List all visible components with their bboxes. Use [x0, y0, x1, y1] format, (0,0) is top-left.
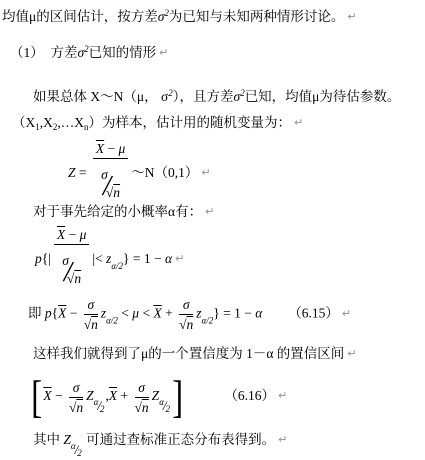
radical: √n [67, 271, 81, 286]
text-run: ～N（0,1） [131, 165, 198, 180]
diagonal-fraction: σ/√n [62, 246, 81, 294]
alpha-over-2-subscript: α/2 [94, 398, 105, 414]
text-run: − [66, 306, 80, 321]
paragraph-mark-icon: ↵ [201, 166, 210, 179]
alpha-over-2-subscript: α/2 [159, 398, 170, 414]
overbar-variable: X [96, 141, 104, 156]
math-variable: α [255, 306, 262, 321]
alpha-paragraph: 对于事先给定的小概率α有：↵ [33, 202, 214, 221]
fraction: σ√n [69, 379, 83, 416]
text-run: 已知，均值μ为待估参数。 [245, 89, 401, 104]
paragraph-mark-icon: ↵ [278, 389, 287, 402]
paragraph-mark-icon: ↵ [342, 307, 351, 320]
text-run: （X [12, 115, 35, 130]
paragraph-mark-icon: ↵ [175, 252, 184, 265]
radical: √n [106, 185, 120, 200]
text-run: − [104, 141, 118, 156]
setup-paragraph-line2: （X1,X2,…Xn）为样本，估计用的随机变量为：↵ [12, 113, 303, 137]
math-variable: α [165, 251, 172, 266]
paragraph-mark-icon: ↵ [347, 10, 356, 23]
math-variable: p [45, 306, 52, 321]
intro-paragraph: 均值μ的区间估计，按方差σ2为已知与未知两种情形讨论。↵ [2, 4, 357, 26]
math-variable: Z [63, 432, 71, 447]
math-variable: σ [87, 297, 94, 312]
overbar-variable: X [57, 227, 65, 242]
text-run: } = 1 − [123, 251, 165, 266]
text-run: ），且方差 [173, 89, 234, 104]
math-variable: p [35, 251, 42, 266]
text-run: − [52, 388, 66, 403]
math-variable: σ [73, 380, 80, 395]
paragraph-mark-icon: ↵ [159, 46, 168, 59]
math-variable: σ [138, 380, 145, 395]
text-run: 如果总体 X～N（μ， σ [33, 89, 168, 104]
text-run: ,…X [57, 115, 84, 130]
alpha-half-subscript: α/2 [111, 261, 123, 271]
word-document-canvas: 均值μ的区间估计，按方差σ2为已知与未知两种情形讨论。↵ （1） 方差σ2已知的… [0, 0, 425, 460]
text-run: + [117, 388, 131, 403]
text-run: ,X [40, 115, 53, 130]
diagonal-fraction: σ/√n [101, 160, 120, 208]
radical: √n [69, 400, 83, 415]
left-bracket: [ [31, 374, 42, 420]
radical: √n [135, 400, 149, 415]
text-run: − [65, 227, 79, 242]
fraction: X − μσ/√n [93, 140, 128, 208]
text-run: （6.15） [288, 306, 339, 321]
confidence-paragraph: 这样我们就得到了μ的一个置信度为 1－α 的置信区间↵ [33, 344, 357, 363]
text-run: ）为样本，估计用的随机变量为： [89, 115, 292, 130]
paragraph-mark-icon: ↵ [294, 116, 303, 129]
math-variable: μ [119, 141, 126, 156]
radical: √n [179, 317, 193, 332]
text-run: 这样我们就得到了μ的一个置信度为 1－α 的置信区间 [33, 346, 344, 361]
math-variable: Z [68, 165, 76, 180]
overbar-variable: X [153, 306, 161, 321]
formula-6-15: 即 p{X − σ√nzα/2 < μ < X + σ√nzα/2} = 1 −… [28, 296, 351, 333]
zalpha-note-paragraph: 其中 Zα/2 可通过查标准正态分布表得到。↵ [33, 430, 287, 458]
fraction: σ√n [84, 296, 98, 333]
text-run: < [118, 306, 132, 321]
text-run: = [76, 165, 90, 180]
fraction: X − μσ/√n [54, 226, 89, 294]
alpha-half-subscript: α/2 [202, 316, 214, 326]
text-run: {| [42, 251, 51, 266]
text-run: 均值μ的区间估计，按方差 [2, 9, 158, 24]
overbar-variable: X [43, 388, 51, 403]
fraction: σ√n [179, 296, 193, 333]
text-run: } = 1 − [213, 306, 255, 321]
text-run: |< [92, 251, 106, 266]
right-bracket: ] [172, 374, 183, 420]
overbar-variable: X [109, 388, 117, 403]
text-run: 即 [28, 306, 45, 321]
probability-formula: p{|X − μσ/√n|< zα/2} = 1 − α↵ [35, 226, 184, 294]
alpha-over-2-subscript: α/2 [71, 442, 82, 458]
paragraph-mark-icon: ↵ [205, 205, 214, 218]
text-run: 为已知与未知两种情形讨论。 [169, 9, 345, 24]
interval-formula-6-16: [X − σ√nZα/2,X + σ√nZα/2]（6.16）↵ [30, 374, 287, 420]
text-run: （1） 方差 [10, 45, 78, 60]
text-run: （6.16） [224, 388, 275, 403]
alpha-half-subscript: α/2 [106, 316, 118, 326]
case1-heading: （1） 方差σ2已知的情形↵ [10, 40, 168, 62]
z-statistic-formula: Z = X − μσ/√n～N（0,1）↵ [68, 140, 211, 208]
setup-paragraph-line1: 如果总体 X～N（μ， σ2），且方差σ2已知，均值μ为待估参数。 [33, 84, 400, 106]
text-run: 对于事先给定的小概率α有： [33, 204, 202, 219]
radical: √n [84, 317, 98, 332]
fraction: σ√n [135, 379, 149, 416]
math-variable: Z [86, 388, 94, 403]
math-variable: σ [183, 297, 190, 312]
math-variable: μ [80, 227, 87, 242]
math-variable: Z [152, 388, 160, 403]
text-run: 可通过查标准正态分布表得到。 [83, 432, 275, 447]
paragraph-mark-icon: ↵ [347, 347, 356, 360]
text-run: 已知的情形 [89, 45, 157, 60]
text-run: 其中 [33, 432, 63, 447]
paragraph-mark-icon: ↵ [278, 433, 287, 446]
text-run: < [139, 306, 153, 321]
text-run: + [162, 306, 176, 321]
